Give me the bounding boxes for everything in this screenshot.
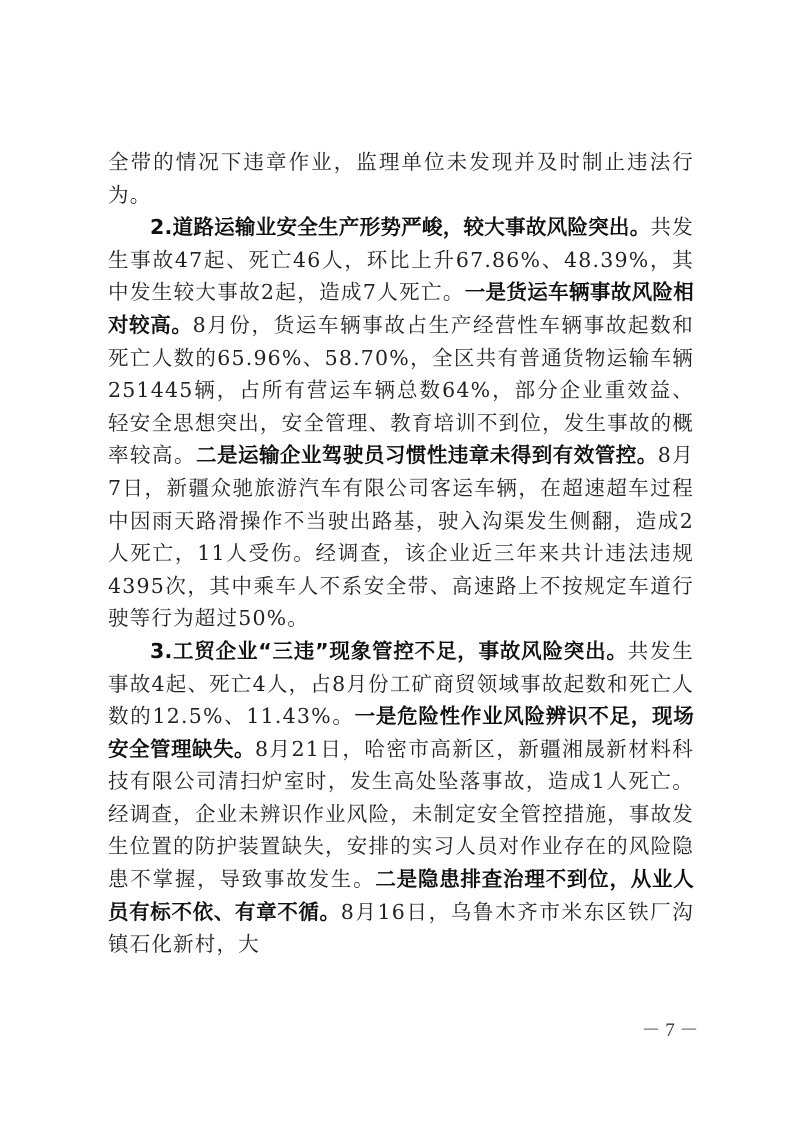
page-number: － 7 － <box>640 1015 700 1042</box>
document-body: 全带的情况下违章作业，监理单位未发现并及时制止违法行为。 2.道路运输业安全生产… <box>108 146 694 961</box>
paragraph-road-transport: 2.道路运输业安全生产形势严峻，较大事故风险突出。共发生事故47起、死亡46人，… <box>108 211 694 635</box>
paragraph-continuation: 全带的情况下违章作业，监理单位未发现并及时制止违法行为。 <box>108 146 694 211</box>
body-text: 8月7日，新疆众驰旅游汽车有限公司客运车辆，在超速超车过程中因雨天路滑操作不当驶… <box>108 443 694 630</box>
subpoint-heading-driver-violations: 二是运输企业驾驶员习惯性违章未得到有效管控。 <box>196 443 658 467</box>
paragraph-industry-trade: 3.工贸企业“三违”现象管控不足，事故风险突出。共发生事故4起、死亡4人，占8月… <box>108 635 694 961</box>
section-heading-industry-trade: 3.工贸企业“三违”现象管控不足，事故风险突出。 <box>150 639 628 663</box>
section-heading-road-transport: 2.道路运输业安全生产形势严峻，较大事故风险突出。 <box>150 215 651 239</box>
body-text: 全带的情况下违章作业，监理单位未发现并及时制止违法行为。 <box>108 150 694 207</box>
